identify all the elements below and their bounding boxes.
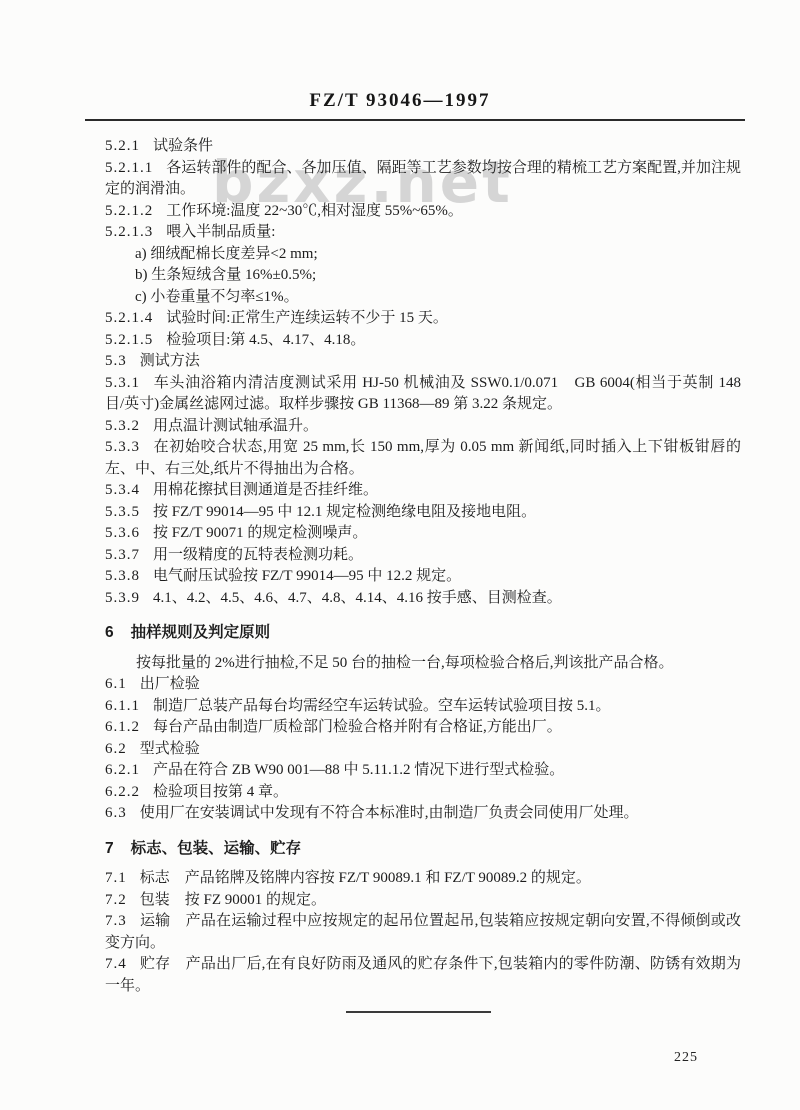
clause-text: 出厂检验	[140, 676, 200, 692]
clause-text: a) 细绒配棉长度差异<2 mm;	[135, 246, 318, 262]
clause-text: 测试方法	[140, 353, 200, 369]
clause-text: 按 FZ/T 90071 的规定检测噪声。	[153, 525, 367, 541]
document-body: 5.2.1试验条件5.2.1.1各运转部件的配合、各加压值、隔距等工艺参数均按合…	[105, 136, 741, 997]
clause-line: 5.3.94.1、4.2、4.5、4.6、4.7、4.8、4.14、4.16 按…	[105, 588, 741, 610]
clause-text: 每台产品由制造厂质检部门检验合格并附有合格证,方能出厂。	[153, 719, 562, 735]
clause-text: 包装 按 FZ 90001 的规定。	[140, 892, 326, 908]
clause-number: 5.2.1.5	[105, 332, 153, 348]
clause-text: 按 FZ/T 99014—95 中 12.1 规定检测绝缘电阻及接地电阻。	[153, 504, 536, 520]
clause-text: 按每批量的 2%进行抽检,不足 50 台的抽检一台,每项检验合格后,判该批产品合…	[136, 655, 674, 671]
clause-text: 试验时间:正常生产连续运转不少于 15 天。	[166, 310, 448, 326]
clause-number: 5.3.2	[105, 418, 140, 434]
clause-line: 7.2包装 按 FZ 90001 的规定。	[105, 890, 741, 912]
clause-text: 用棉花擦拭目测通道是否挂纤维。	[153, 482, 378, 498]
standard-number-title: FZ/T 93046—1997	[0, 0, 800, 112]
clause-text: b) 生条短绒含量 16%±0.5%;	[135, 267, 316, 283]
clause-line: c) 小卷重量不匀率≤1%。	[105, 287, 741, 309]
clause-number: 6.3	[105, 805, 127, 821]
clause-line: 6.3使用厂在安装调试中发现有不符合本标准时,由制造厂负责会同使用厂处理。	[105, 803, 741, 825]
clause-line: 5.3.2用点温计测试轴承温升。	[105, 416, 741, 438]
clause-number: 6.2.1	[105, 762, 140, 778]
clause-number: 7.4	[105, 956, 127, 972]
page-number: 225	[674, 1050, 698, 1066]
clause-text: 型式检验	[140, 741, 200, 757]
clause-line: 5.2.1.4试验时间:正常生产连续运转不少于 15 天。	[105, 308, 741, 330]
clause-text: 检验项目:第 4.5、4.17、4.18。	[166, 332, 365, 348]
clause-number: 5.3	[105, 353, 127, 369]
clause-line: 7.1标志 产品铭牌及铭牌内容按 FZ/T 90089.1 和 FZ/T 900…	[105, 868, 741, 890]
clause-line: 5.2.1.1各运转部件的配合、各加压值、隔距等工艺参数均按合理的精梳工艺方案配…	[105, 158, 741, 201]
clause-line: 5.3.6按 FZ/T 90071 的规定检测噪声。	[105, 523, 741, 545]
clause-number: 5.2.1.4	[105, 310, 153, 326]
clause-number: 6	[105, 624, 115, 641]
clause-line: 6.1出厂检验	[105, 674, 741, 696]
clause-text: 车头油浴箱内清洁度测试采用 HJ-50 机械油及 SSW0.1/0.071 GB…	[105, 375, 741, 413]
clause-number: 6.2	[105, 741, 127, 757]
clause-number: 5.3.8	[105, 568, 140, 584]
clause-line: 6.1.2每台产品由制造厂质检部门检验合格并附有合格证,方能出厂。	[105, 717, 741, 739]
clause-line: 5.3.4用棉花擦拭目测通道是否挂纤维。	[105, 480, 741, 502]
clause-text: 喂入半制品质量:	[166, 224, 275, 240]
clause-line: 按每批量的 2%进行抽检,不足 50 台的抽检一台,每项检验合格后,判该批产品合…	[105, 653, 741, 675]
clause-line: a) 细绒配棉长度差异<2 mm;	[105, 244, 741, 266]
clause-text: 工作环境:温度 22~30℃,相对湿度 55%~65%。	[166, 203, 463, 219]
clause-line: 6.1.1制造厂总装产品每台均需经空车运转试验。空车运转试验项目按 5.1。	[105, 696, 741, 718]
clause-number: 6.1.1	[105, 698, 140, 714]
clause-line: 5.2.1.3喂入半制品质量:	[105, 222, 741, 244]
clause-text: 在初始咬合状态,用宽 25 mm,长 150 mm,厚为 0.05 mm 新闻纸…	[105, 439, 741, 477]
clause-line: 5.3.3在初始咬合状态,用宽 25 mm,长 150 mm,厚为 0.05 m…	[105, 437, 741, 480]
clause-line: 5.3.1车头油浴箱内清洁度测试采用 HJ-50 机械油及 SSW0.1/0.0…	[105, 373, 741, 416]
clause-line: 6.2.2检验项目按第 4 章。	[105, 782, 741, 804]
clause-line: 5.2.1.2工作环境:温度 22~30℃,相对湿度 55%~65%。	[105, 201, 741, 223]
clause-line: 7.3运输 产品在运输过程中应按规定的起吊位置起吊,包装箱应按规定朝向安置,不得…	[105, 911, 741, 954]
clause-number: 5.3.4	[105, 482, 140, 498]
clause-text: 使用厂在安装调试中发现有不符合本标准时,由制造厂负责会同使用厂处理。	[140, 805, 639, 821]
clause-text: 制造厂总装产品每台均需经空车运转试验。空车运转试验项目按 5.1。	[153, 698, 611, 714]
clause-number: 5.3.6	[105, 525, 140, 541]
clause-line: 6.2.1产品在符合 ZB W90 001—88 中 5.11.1.2 情况下进…	[105, 760, 741, 782]
clause-number: 5.2.1.2	[105, 203, 153, 219]
chapter-heading: 6抽样规则及判定原则	[105, 622, 741, 644]
clause-number: 6.2.2	[105, 784, 140, 800]
clause-line: b) 生条短绒含量 16%±0.5%;	[105, 265, 741, 287]
clause-text: c) 小卷重量不匀率≤1%。	[135, 289, 299, 305]
clause-line: 5.3测试方法	[105, 351, 741, 373]
clause-text: 产品在符合 ZB W90 001—88 中 5.11.1.2 情况下进行型式检验…	[153, 762, 564, 778]
clause-line: 5.3.8电气耐压试验按 FZ/T 99014—95 中 12.2 规定。	[105, 566, 741, 588]
clause-number: 6.1.2	[105, 719, 140, 735]
clause-number: 5.3.7	[105, 547, 140, 563]
clause-number: 5.2.1.1	[105, 160, 153, 176]
clause-line: 5.2.1.5检验项目:第 4.5、4.17、4.18。	[105, 330, 741, 352]
clause-line: 5.3.5按 FZ/T 99014—95 中 12.1 规定检测绝缘电阻及接地电…	[105, 502, 741, 524]
document-page: bzxz.net FZ/T 93046—1997 5.2.1试验条件5.2.1.…	[0, 0, 800, 1110]
clause-number: 5.3.1	[105, 375, 140, 391]
clause-number: 5.3.3	[105, 439, 140, 455]
clause-text: 检验项目按第 4 章。	[153, 784, 288, 800]
clause-text: 标志 产品铭牌及铭牌内容按 FZ/T 90089.1 和 FZ/T 90089.…	[140, 870, 591, 886]
clause-number: 5.2.1	[105, 138, 140, 154]
clause-text: 标志、包装、运输、贮存	[131, 840, 302, 857]
chapter-heading: 7标志、包装、运输、贮存	[105, 838, 741, 860]
clause-text: 各运转部件的配合、各加压值、隔距等工艺参数均按合理的精梳工艺方案配置,并加注规定…	[105, 160, 741, 198]
clause-line: 7.4贮存 产品出厂后,在有良好防雨及通风的贮存条件下,包装箱内的零件防潮、防锈…	[105, 954, 741, 997]
clause-number: 7.2	[105, 892, 127, 908]
clause-number: 5.3.9	[105, 590, 140, 606]
clause-number: 7	[105, 840, 115, 857]
clause-text: 用一级精度的瓦特表检测功耗。	[153, 547, 363, 563]
clause-text: 用点温计测试轴承温升。	[153, 418, 318, 434]
page-header: FZ/T 93046—1997	[0, 0, 800, 121]
clause-line: 5.2.1试验条件	[105, 136, 741, 158]
clause-text: 贮存 产品出厂后,在有良好防雨及通风的贮存条件下,包装箱内的零件防潮、防锈有效期…	[105, 956, 741, 994]
header-rule	[85, 119, 745, 121]
clause-number: 7.1	[105, 870, 127, 886]
clause-text: 抽样规则及判定原则	[131, 624, 271, 641]
clause-text: 电气耐压试验按 FZ/T 99014—95 中 12.2 规定。	[153, 568, 461, 584]
clause-number: 5.2.1.3	[105, 224, 153, 240]
clause-number: 5.3.5	[105, 504, 140, 520]
clause-number: 6.1	[105, 676, 127, 692]
clause-line: 5.3.7用一级精度的瓦特表检测功耗。	[105, 545, 741, 567]
clause-number: 7.3	[105, 913, 127, 929]
end-of-document-divider	[346, 1011, 491, 1013]
clause-text: 4.1、4.2、4.5、4.6、4.7、4.8、4.14、4.16 按手感、目测…	[153, 590, 562, 606]
clause-text: 运输 产品在运输过程中应按规定的起吊位置起吊,包装箱应按规定朝向安置,不得倾倒或…	[105, 913, 741, 951]
clause-line: 6.2型式检验	[105, 739, 741, 761]
clause-text: 试验条件	[153, 138, 213, 154]
